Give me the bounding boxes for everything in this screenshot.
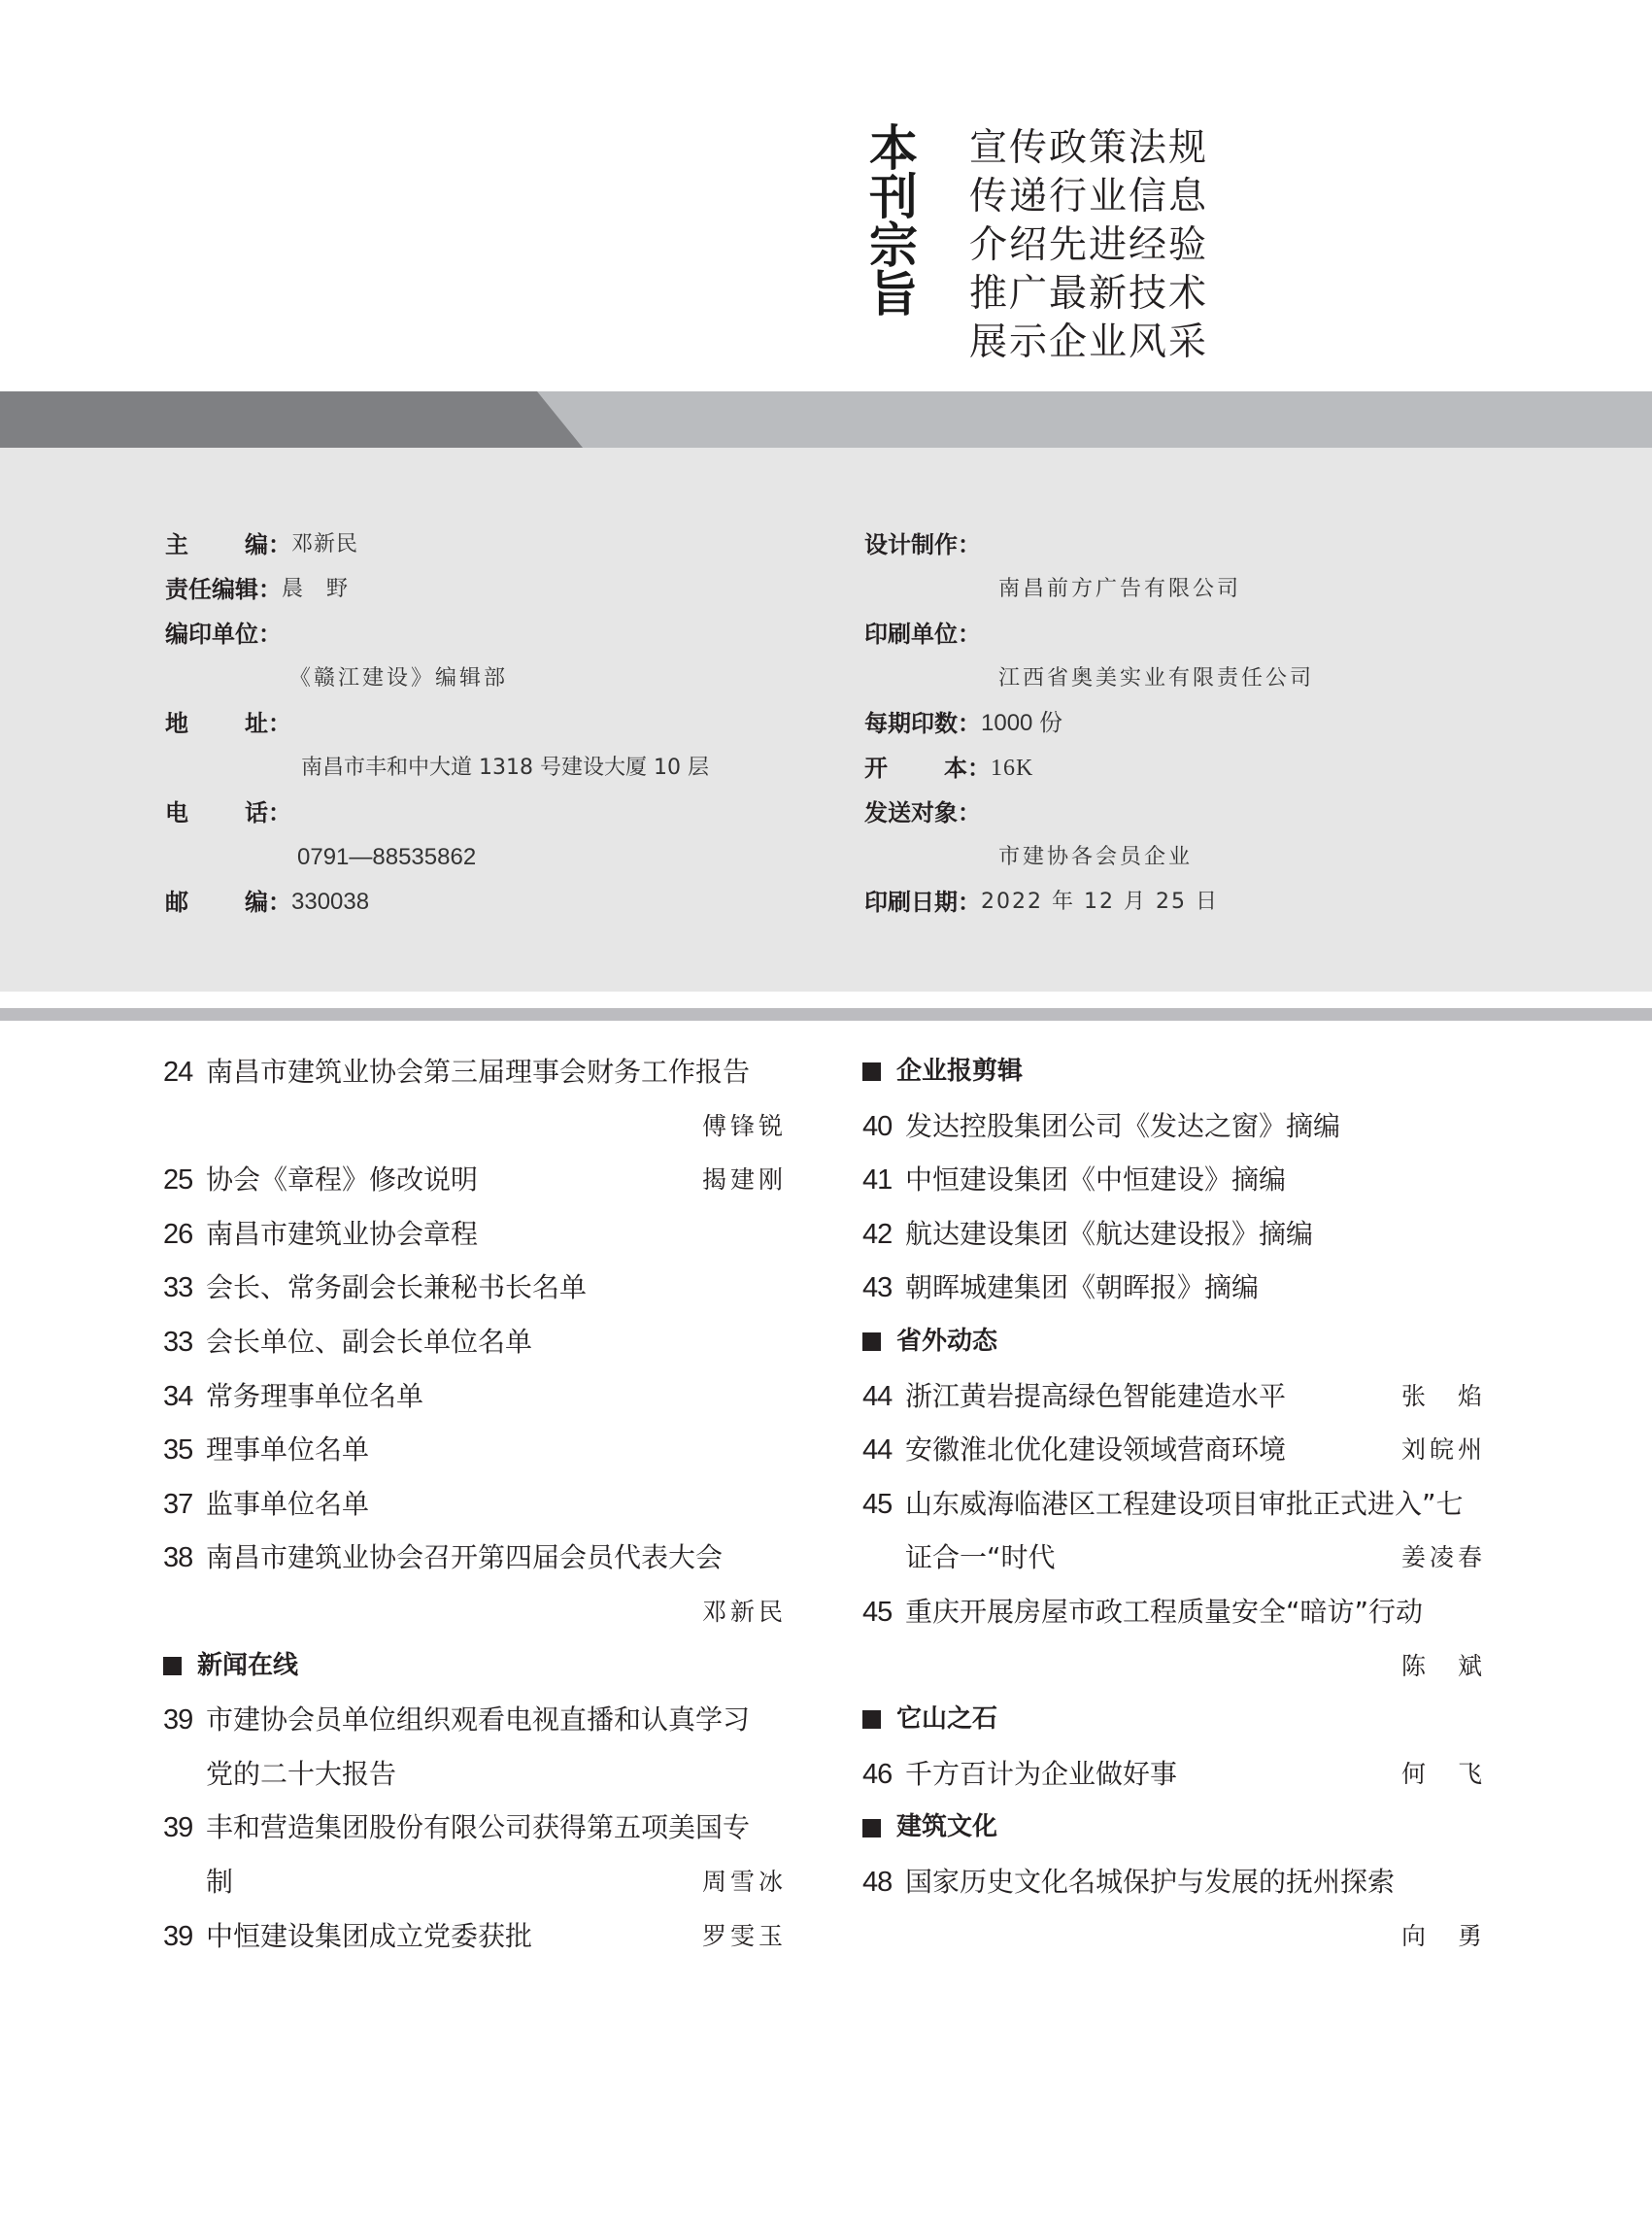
article-author: 罗雯玉 [702,1909,787,1964]
article-title: 发达控股集团公司《发达之窗》摘编 [905,1110,1340,1142]
page-number: 34 [163,1370,206,1425]
toc-entry-continuation[interactable]: 傅锋锐 [163,1099,787,1154]
article-title: 中恒建设集团《中恒建设》摘编 [905,1163,1286,1196]
article-title: 南昌市建筑业协会第三届理事会财务工作报告 [206,1056,750,1088]
editor-in-chief-value: 邓新民 [291,523,358,567]
divider-band [0,1008,1652,1021]
article-title: 会长、常务副会长兼秘书长名单 [206,1271,587,1303]
article-title: 朝晖城建集团《朝晖报》摘编 [905,1271,1259,1303]
page-number: 45 [862,1586,905,1640]
editor-in-chief-row: 主编： 邓新民 [165,523,709,567]
motto-title-char: 旨 [869,270,918,319]
toc-entry[interactable]: 41中恒建设集团《中恒建设》摘编 [862,1153,1486,1207]
section-title: 新闻在线 [197,1639,298,1694]
article-title: 中恒建设集团成立党委获批 [206,1920,532,1952]
label-part: 编： [245,523,291,567]
recipients-value: 市建协各会员企业 [864,835,1193,880]
page-number: 33 [163,1316,206,1370]
page-number: 39 [163,1802,206,1856]
toc-entry[interactable]: 44浙江黄岩提高绿色智能建造水平张 焰 [862,1369,1486,1424]
toc-section-heading: 它山之石 [862,1693,1486,1747]
toc-entry[interactable]: 39中恒建设集团成立党委获批罗雯玉 [163,1909,787,1964]
section-title: 企业报剪辑 [896,1045,1023,1099]
page-number: 44 [862,1370,905,1425]
label-part: 电 [165,791,188,835]
page-number: 39 [163,1694,206,1748]
toc-entry-continuation[interactable]: 党的二十大报告 [163,1747,787,1802]
page-number: 38 [163,1532,206,1586]
square-bullet-icon [862,1062,881,1081]
page-number: 41 [862,1154,905,1208]
recipients-label: 发送对象： [864,791,981,835]
colophon-left: 主编： 邓新民 责任编辑： 晨 野 编印单位： 《赣江建设》编辑部 地址： 南昌… [165,523,709,925]
page-number: 42 [862,1208,905,1263]
article-author: 向 勇 [1401,1909,1486,1964]
compiling-unit-value: 《赣江建设》编辑部 [165,657,508,701]
article-title: 证合一“时代 [905,1541,1056,1573]
motto-lines: 宣传政策法规 传递行业信息 介绍先进经验 推广最新技术 展示企业风采 [969,124,1208,367]
label-part: 邮 [165,880,188,925]
responsible-editor-value: 晨 野 [282,567,349,612]
article-author: 张 焰 [1401,1369,1486,1424]
label-part: 本： [944,746,991,791]
article-title: 安徽淮北优化建设领域营商环境 [905,1433,1286,1466]
page-number: 37 [163,1478,206,1533]
page-number: 33 [163,1262,206,1316]
motto-title-char: 刊 [869,173,918,221]
toc-left-column: 24南昌市建筑业协会第三届理事会财务工作报告傅锋锐25协会《章程》修改说明揭建刚… [163,1045,787,1963]
page-number: 24 [163,1046,206,1100]
motto-line: 展示企业风采 [969,319,1208,367]
printer-row: 印刷单位： [864,612,1314,657]
design-label: 设计制作： [864,523,981,567]
article-title: 丰和营造集团股份有限公司获得第五项美国专 [206,1811,750,1843]
toc-right-column: 企业报剪辑40发达控股集团公司《发达之窗》摘编41中恒建设集团《中恒建设》摘编4… [862,1045,1486,1963]
print-date-value: 2022 年 12 月 25 日 [981,880,1219,925]
toc-entry[interactable]: 45重庆开展房屋市政工程质量安全“暗访”行动 [862,1585,1486,1639]
page-number: 26 [163,1208,206,1263]
toc-section-heading: 建筑文化 [862,1801,1486,1855]
format-row: 开本： 16K [864,746,1314,791]
article-author: 何 飞 [1401,1747,1486,1802]
design-row: 设计制作： [864,523,1314,567]
format-value: 16K [991,746,1033,791]
label-part: 址： [245,701,291,746]
article-author: 刘皖州 [1401,1423,1486,1477]
article-title: 山东威海临港区工程建设项目审批正式进入”七 [905,1488,1464,1520]
article-title: 千方百计为企业做好事 [905,1758,1177,1790]
page-number: 40 [862,1100,905,1155]
motto-title: 本 刊 宗 旨 [859,124,928,319]
square-bullet-icon [163,1657,182,1675]
header-band-dark-segment [0,391,583,448]
motto-line: 宣传政策法规 [969,124,1208,173]
article-author: 揭建刚 [702,1153,787,1207]
page-number: 45 [862,1478,905,1533]
article-title: 监事单位名单 [206,1488,369,1520]
article-title: 协会《章程》修改说明 [206,1163,478,1196]
article-author: 陈 斌 [1401,1639,1486,1694]
printer-label: 印刷单位： [864,612,981,657]
postcode-row: 邮编： 330038 [165,880,709,925]
toc-entry[interactable]: 37监事单位名单 [163,1477,787,1532]
motto-line: 介绍先进经验 [969,221,1208,270]
article-title: 南昌市建筑业协会章程 [206,1218,478,1250]
toc-entry[interactable]: 48国家历史文化名城保护与发展的抚州探索 [862,1855,1486,1909]
address-value-row: 南昌市丰和中大道 1318 号建设大厦 10 层 [165,746,709,791]
printer-value: 江西省奥美实业有限责任公司 [864,657,1314,701]
label-part: 地 [165,701,188,746]
toc-entry-continuation[interactable]: 邓新民 [163,1585,787,1639]
responsible-editor-row: 责任编辑： 晨 野 [165,567,709,612]
label-part: 编： [245,880,291,925]
article-title: 会长单位、副会长单位名单 [206,1326,532,1358]
editor-in-chief-label: 主编： [165,523,291,567]
recipients-row: 发送对象： [864,791,1314,835]
page-number: 39 [163,1910,206,1965]
square-bullet-icon [862,1819,881,1837]
postcode-label: 邮编： [165,880,291,925]
toc-entry[interactable]: 26南昌市建筑业协会章程 [163,1207,787,1262]
article-title: 南昌市建筑业协会召开第四届会员代表大会 [206,1541,723,1573]
design-value-row: 南昌前方广告有限公司 [864,567,1314,612]
address-row: 地址： [165,701,709,746]
phone-value: 0791—88535862 [165,835,476,880]
print-run-label: 每期印数： [864,701,981,746]
label-part: 主 [165,523,188,567]
toc-entry[interactable]: 35理事单位名单 [163,1423,787,1477]
page-number: 43 [862,1262,905,1316]
printer-value-row: 江西省奥美实业有限责任公司 [864,657,1314,701]
toc-entry[interactable]: 34常务理事单位名单 [163,1369,787,1424]
square-bullet-icon [862,1710,881,1729]
print-date-label: 印刷日期： [864,880,981,925]
toc-entry[interactable]: 42航达建设集团《航达建设报》摘编 [862,1207,1486,1262]
postcode-value: 330038 [291,880,369,925]
toc-entry[interactable]: 33会长、常务副会长兼秘书长名单 [163,1261,787,1315]
toc-entry[interactable]: 38南昌市建筑业协会召开第四届会员代表大会 [163,1531,787,1585]
page-number: 35 [163,1424,206,1478]
address-value: 南昌市丰和中大道 1318 号建设大厦 10 层 [165,746,709,791]
print-run-value: 1000 份 [981,701,1062,746]
toc-entry[interactable]: 45山东威海临港区工程建设项目审批正式进入”七 [862,1477,1486,1532]
article-title: 浙江黄岩提高绿色智能建造水平 [905,1380,1286,1412]
article-author: 傅锋锐 [702,1099,787,1154]
square-bullet-icon [862,1332,881,1351]
print-date-row: 印刷日期： 2022 年 12 月 25 日 [864,880,1314,925]
compiling-unit-label: 编印单位： [165,612,282,657]
article-title: 市建协会员单位组织观看电视直播和认真学习 [206,1703,750,1736]
label-part: 开 [864,746,888,791]
article-title: 常务理事单位名单 [206,1380,423,1412]
motto-line: 传递行业信息 [969,173,1208,221]
toc-entry[interactable]: 39市建协会员单位组织观看电视直播和认真学习 [163,1693,787,1747]
toc-entry[interactable]: 25协会《章程》修改说明揭建刚 [163,1153,787,1207]
page-number: 44 [862,1424,905,1478]
article-title: 国家历史文化名城保护与发展的抚州探索 [905,1866,1395,1898]
format-label: 开本： [864,746,991,791]
toc-entry[interactable]: 33会长单位、副会长单位名单 [163,1315,787,1369]
toc-entry-continuation[interactable]: 陈 斌 [862,1639,1486,1694]
colophon-right: 设计制作： 南昌前方广告有限公司 印刷单位： 江西省奥美实业有限责任公司 每期印… [864,523,1314,925]
phone-row: 电话： [165,791,709,835]
toc-entry[interactable]: 46千方百计为企业做好事何 飞 [862,1747,1486,1802]
recipients-value-row: 市建协各会员企业 [864,835,1314,880]
toc-entry-continuation[interactable]: 向 勇 [862,1909,1486,1964]
section-title: 建筑文化 [896,1801,997,1855]
article-title: 党的二十大报告 [206,1758,396,1790]
responsible-editor-label: 责任编辑： [165,567,282,612]
design-value: 南昌前方广告有限公司 [864,567,1241,612]
article-title: 理事单位名单 [206,1433,369,1466]
motto-title-char: 本 [869,124,918,173]
toc-section-heading: 企业报剪辑 [862,1045,1486,1099]
section-title: 省外动态 [896,1315,997,1369]
page-number: 48 [862,1856,905,1910]
section-title: 它山之石 [896,1693,997,1747]
compiling-unit-row: 编印单位： [165,612,709,657]
page-number: 46 [862,1748,905,1803]
toc-entry[interactable]: 40发达控股集团公司《发达之窗》摘编 [862,1099,1486,1154]
label-part: 话： [245,791,291,835]
compiling-unit-value-row: 《赣江建设》编辑部 [165,657,709,701]
article-author: 姜凌春 [1401,1531,1486,1585]
motto-title-char: 宗 [869,221,918,270]
toc-entry[interactable]: 39丰和营造集团股份有限公司获得第五项美国专 [163,1801,787,1855]
article-author: 邓新民 [702,1585,787,1639]
toc-entry-continuation[interactable]: 证合一“时代姜凌春 [862,1531,1486,1585]
article-author: 周雪冰 [702,1855,787,1909]
phone-label: 电话： [165,791,291,835]
toc-section-heading: 省外动态 [862,1315,1486,1369]
article-title: 航达建设集团《航达建设报》摘编 [905,1218,1313,1250]
toc-section-heading: 新闻在线 [163,1639,787,1694]
page-number: 25 [163,1154,206,1208]
toc-entry[interactable]: 24南昌市建筑业协会第三届理事会财务工作报告 [163,1045,787,1099]
toc-entry-continuation[interactable]: 制周雪冰 [163,1855,787,1909]
print-run-row: 每期印数： 1000 份 [864,701,1314,746]
phone-value-row: 0791—88535862 [165,835,709,880]
article-title: 重庆开展房屋市政工程质量安全“暗访”行动 [905,1596,1423,1628]
toc-entry[interactable]: 44安徽淮北优化建设领域营商环境刘皖州 [862,1423,1486,1477]
motto-line: 推广最新技术 [969,270,1208,319]
article-title: 制 [206,1866,233,1898]
toc-entry[interactable]: 43朝晖城建集团《朝晖报》摘编 [862,1261,1486,1315]
address-label: 地址： [165,701,291,746]
